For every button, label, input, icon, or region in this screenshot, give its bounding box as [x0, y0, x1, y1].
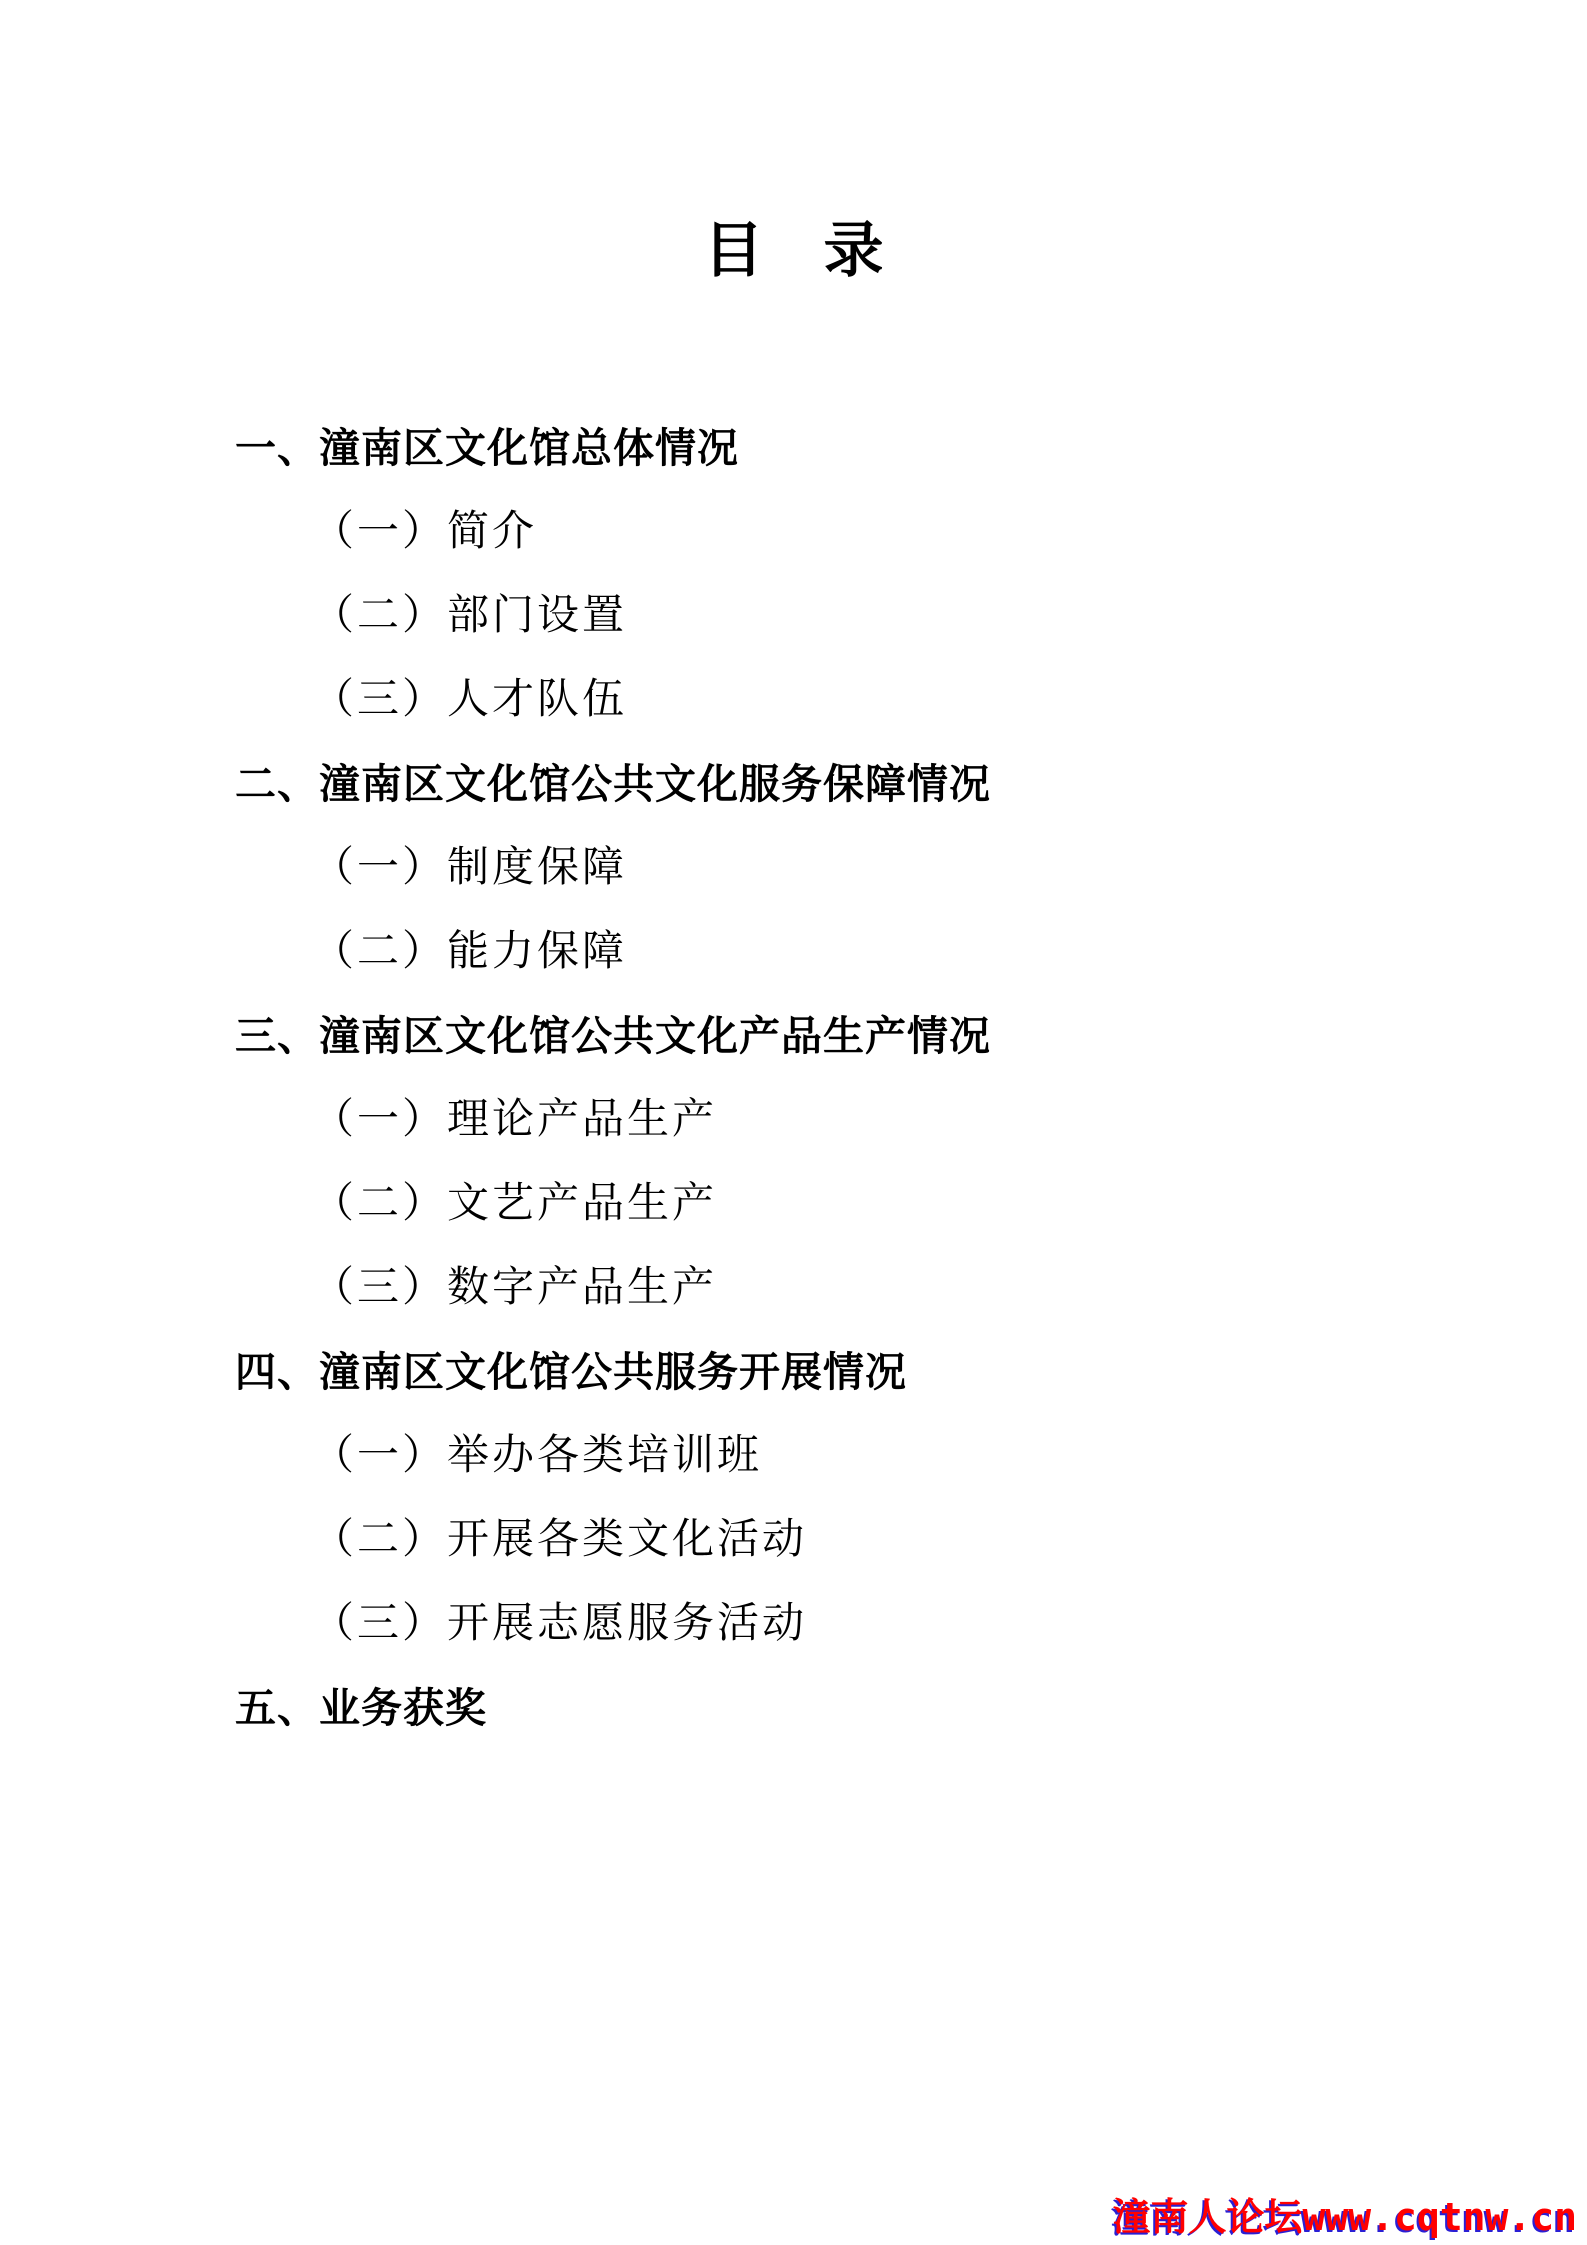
- page-title: 目 录: [0, 219, 1587, 282]
- toc-entry: （二）能力保障: [0, 906, 1587, 990]
- toc-entry-label: （三）开展志愿服务活动: [312, 1590, 807, 1650]
- toc-entry: （一）举办各类培训班: [0, 1410, 1587, 1494]
- toc-entry-label: （一）制度保障: [312, 834, 627, 894]
- toc-entry-label: 二、潼南区文化馆公共文化服务保障情况: [235, 751, 991, 810]
- document-page: 目 录 一、潼南区文化馆总体情况 （一）简介 （二）部门设置 （三）人才队伍 二…: [0, 0, 1587, 2245]
- toc-entry: （三）开展志愿服务活动: [0, 1578, 1587, 1662]
- toc-entry-label: （三）人才队伍: [312, 666, 627, 726]
- toc-entry-label: 三、潼南区文化馆公共文化产品生产情况: [235, 1003, 991, 1062]
- watermark-site-url: www.cqtnw.cn: [1302, 2195, 1577, 2239]
- toc-entry-label: （二）开展各类文化活动: [312, 1506, 807, 1566]
- toc-entry-label: （二）部门设置: [312, 582, 627, 642]
- toc-entry: 二、潼南区文化馆公共文化服务保障情况: [0, 738, 1587, 822]
- toc-entry: （一）制度保障: [0, 822, 1587, 906]
- toc-entry-label: （一）理论产品生产: [312, 1086, 717, 1146]
- toc-entry-label: （一）简介: [312, 498, 537, 558]
- toc-entry: 五、业务获奖: [0, 1662, 1587, 1746]
- watermark: 潼南人论坛www.cqtnw.cn: [1112, 2198, 1577, 2237]
- toc-entry: （二）开展各类文化活动: [0, 1494, 1587, 1578]
- toc-entry-label: （二）能力保障: [312, 918, 627, 978]
- toc-entry-label: 五、业务获奖: [235, 1675, 487, 1734]
- toc-entry: （二）部门设置: [0, 570, 1587, 654]
- toc-entry: （二）文艺产品生产: [0, 1158, 1587, 1242]
- watermark-site-name: 潼南人论坛: [1112, 2197, 1302, 2239]
- toc-entry-label: （三）数字产品生产: [312, 1254, 717, 1314]
- toc-entry: （一）简介: [0, 486, 1587, 570]
- toc-entry: 四、潼南区文化馆公共服务开展情况: [0, 1326, 1587, 1410]
- toc-entry-label: （一）举办各类培训班: [312, 1422, 762, 1482]
- toc-entry: （一）理论产品生产: [0, 1074, 1587, 1158]
- toc-entry: 三、潼南区文化馆公共文化产品生产情况: [0, 990, 1587, 1074]
- toc-entry-label: （二）文艺产品生产: [312, 1170, 717, 1230]
- toc-entry: （三）人才队伍: [0, 654, 1587, 738]
- toc-entry: （三）数字产品生产: [0, 1242, 1587, 1326]
- toc-entry: 一、潼南区文化馆总体情况: [0, 402, 1587, 486]
- toc-entry-label: 四、潼南区文化馆公共服务开展情况: [235, 1339, 907, 1398]
- table-of-contents: 一、潼南区文化馆总体情况 （一）简介 （二）部门设置 （三）人才队伍 二、潼南区…: [0, 402, 1587, 1746]
- toc-entry-label: 一、潼南区文化馆总体情况: [235, 415, 739, 474]
